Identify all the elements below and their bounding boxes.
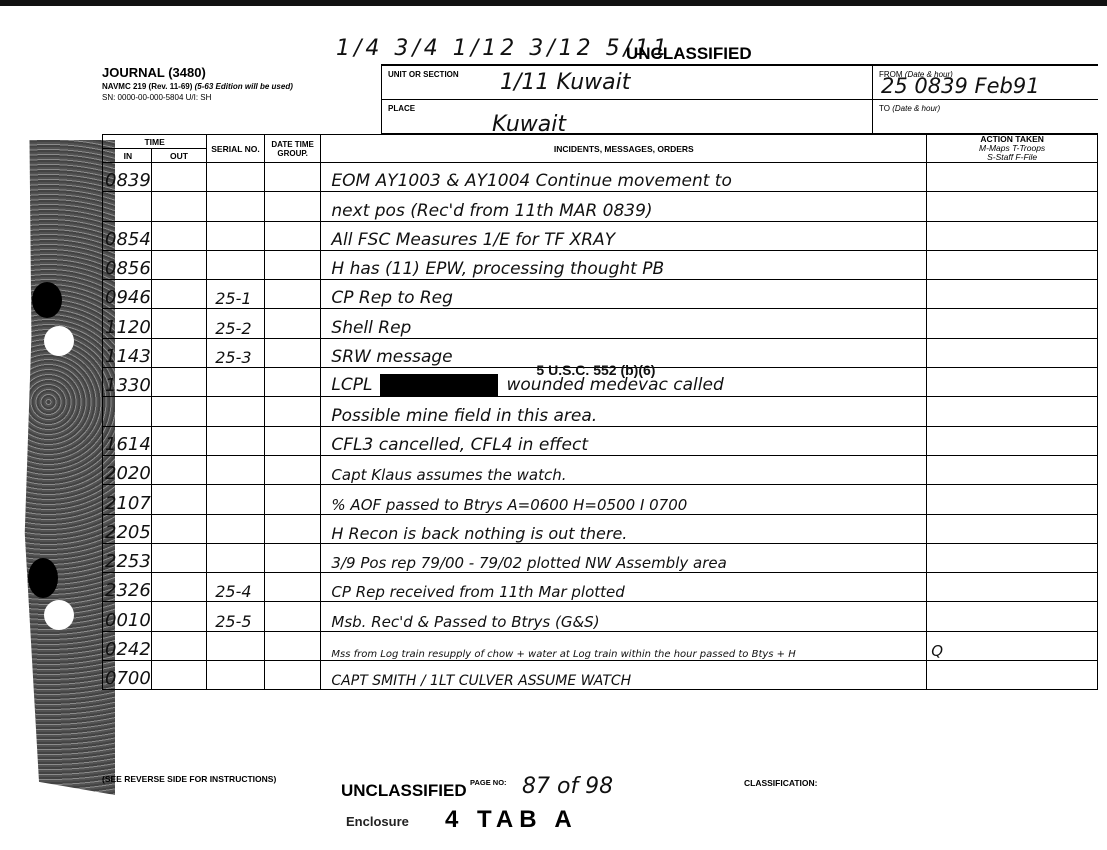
serial-no: 25-4 — [207, 573, 265, 602]
incident-text: CP Rep received from 11th Mar plotted — [321, 573, 927, 602]
action-taken — [927, 368, 1098, 397]
form-number-text: NAVMC 219 (Rev. 11-69) — [102, 82, 192, 91]
date-time-group — [264, 368, 321, 397]
journal-row: 0839 EOM AY1003 & AY1004 Continue moveme… — [103, 163, 1098, 192]
date-time-group — [264, 661, 321, 690]
time-in: 2020 — [103, 455, 152, 484]
time-in: 1143 — [103, 338, 152, 367]
form-title: JOURNAL (3480) — [102, 65, 293, 80]
handwritten-top-marks: 1/4 3/4 1/12 3/12 5/11 — [336, 36, 671, 61]
redaction-block — [380, 374, 498, 396]
to-label: TO (Date & hour) — [879, 104, 940, 113]
time-in-header: IN — [103, 149, 152, 163]
incident-text: H has (11) EPW, processing thought PB — [321, 250, 927, 279]
time-in: 0242 — [103, 631, 152, 660]
journal-row: 0856 H has (11) EPW, processing thought … — [103, 250, 1098, 279]
incident-text: 3/9 Pos rep 79/00 - 79/02 plotted NW Ass… — [321, 543, 927, 572]
serial-no: 25-1 — [207, 280, 265, 309]
unit-or-section-field: UNIT OR SECTION 1/11 Kuwait — [382, 66, 872, 100]
journal-row: 0854 All FSC Measures 1/E for TF XRAY — [103, 221, 1098, 250]
place-field: PLACE Kuwait — [382, 100, 872, 134]
punch-hole — [44, 600, 74, 630]
action-taken — [927, 573, 1098, 602]
action-taken — [927, 221, 1098, 250]
place-label: PLACE — [388, 104, 415, 113]
edition-note: (5-63 Edition will be used) — [195, 82, 293, 91]
date-time-group — [264, 221, 321, 250]
action-taken — [927, 280, 1098, 309]
form-header: JOURNAL (3480) NAVMC 219 (Rev. 11-69) (5… — [102, 65, 293, 102]
serial-no: 25-5 — [207, 602, 265, 631]
classification-label: CLASSIFICATION: — [744, 778, 818, 788]
time-out — [151, 280, 206, 309]
time-header: TIME — [103, 135, 207, 149]
incident-text: Shell Rep — [321, 309, 927, 338]
time-in: 1330 — [103, 368, 152, 397]
unit-or-section-label: UNIT OR SECTION — [388, 70, 459, 79]
enclosure-label: Enclosure — [346, 814, 409, 829]
time-in: 0856 — [103, 250, 152, 279]
action-taken: Q — [927, 631, 1098, 660]
journal-row: 0946 25-1 CP Rep to Reg — [103, 280, 1098, 309]
journal-row: 2205 H Recon is back nothing is out ther… — [103, 514, 1098, 543]
time-in: 0700 — [103, 661, 152, 690]
journal-row: 1330 LCPLwounded medevac called 5 U.S.C.… — [103, 368, 1098, 397]
incident-text: next pos (Rec'd from 11th MAR 0839) — [321, 192, 927, 221]
time-in: 0010 — [103, 602, 152, 631]
date-time-group — [264, 543, 321, 572]
date-time-group — [264, 397, 321, 426]
journal-row: 0010 25-5 Msb. Rec'd & Passed to Btrys (… — [103, 602, 1098, 631]
time-out — [151, 661, 206, 690]
time-in: 1614 — [103, 426, 152, 455]
punch-hole-shadow — [32, 282, 62, 318]
serial-no — [207, 514, 265, 543]
serial-no — [207, 455, 265, 484]
action-taken — [927, 397, 1098, 426]
unit-or-section-value: 1/11 Kuwait — [500, 70, 630, 95]
serial-header: SERIAL NO. — [207, 135, 265, 163]
time-out — [151, 250, 206, 279]
serial-no — [207, 661, 265, 690]
time-out — [151, 221, 206, 250]
action-taken — [927, 163, 1098, 192]
to-label-text: TO — [879, 104, 890, 113]
date-time-group — [264, 485, 321, 514]
stock-number: SN: 0000-00-000-5804 U/I: SH — [102, 93, 293, 102]
time-out — [151, 397, 206, 426]
action-taken — [927, 602, 1098, 631]
serial-no — [207, 368, 265, 397]
date-time-group — [264, 573, 321, 602]
incident-text: H Recon is back nothing is out there. — [321, 514, 927, 543]
serial-no — [207, 221, 265, 250]
date-time-group — [264, 631, 321, 660]
time-in: 1120 — [103, 309, 152, 338]
instructions-note: (SEE REVERSE SIDE FOR INSTRUCTIONS) — [102, 774, 276, 784]
incident-text: % AOF passed to Btrys A=0600 H=0500 I 07… — [321, 485, 927, 514]
date-time-group — [264, 309, 321, 338]
action-taken — [927, 338, 1098, 367]
to-field: TO (Date & hour) — [873, 100, 1098, 134]
journal-row: next pos (Rec'd from 11th MAR 0839) — [103, 192, 1098, 221]
time-in: 2326 — [103, 573, 152, 602]
time-out — [151, 602, 206, 631]
redaction-label: 5 U.S.C. 552 (b)(6) — [536, 362, 655, 378]
punch-hole — [44, 326, 74, 356]
incident-text: CP Rep to Reg — [321, 280, 927, 309]
journal-table: TIME SERIAL NO. DATE TIME GROUP. INCIDEN… — [102, 134, 1098, 690]
action-taken — [927, 309, 1098, 338]
incident-text: CAPT SMITH / 1LT CULVER ASSUME WATCH — [321, 661, 927, 690]
journal-row: 0242 Mss from Log train resupply of chow… — [103, 631, 1098, 660]
serial-no — [207, 485, 265, 514]
time-out — [151, 455, 206, 484]
dtg-header: DATE TIME GROUP. — [264, 135, 321, 163]
serial-no — [207, 192, 265, 221]
journal-row: 2253 3/9 Pos rep 79/00 - 79/02 plotted N… — [103, 543, 1098, 572]
journal-row: 2326 25-4 CP Rep received from 11th Mar … — [103, 573, 1098, 602]
time-out — [151, 163, 206, 192]
incidents-header: INCIDENTS, MESSAGES, ORDERS — [321, 135, 927, 163]
classification-top: UNCLASSIFIED — [626, 44, 752, 64]
page-no-label: PAGE NO: — [470, 778, 507, 787]
incident-text: Mss from Log train resupply of chow + wa… — [321, 631, 927, 660]
action-legend-2: S-Staff F-File — [927, 153, 1097, 162]
action-taken — [927, 485, 1098, 514]
incident-prefix: LCPL — [331, 375, 372, 395]
date-time-group — [264, 250, 321, 279]
action-taken — [927, 543, 1098, 572]
time-in: 0946 — [103, 280, 152, 309]
time-out — [151, 631, 206, 660]
serial-no: 25-2 — [207, 309, 265, 338]
date-time-group — [264, 192, 321, 221]
action-taken — [927, 455, 1098, 484]
time-out — [151, 543, 206, 572]
time-out — [151, 514, 206, 543]
time-in: 2253 — [103, 543, 152, 572]
incident-text: All FSC Measures 1/E for TF XRAY — [321, 221, 927, 250]
time-out — [151, 309, 206, 338]
incident-text: CFL3 cancelled, CFL4 in effect — [321, 426, 927, 455]
incident-text: EOM AY1003 & AY1004 Continue movement to — [321, 163, 927, 192]
time-out — [151, 485, 206, 514]
time-out — [151, 338, 206, 367]
time-out — [151, 368, 206, 397]
to-label-note: (Date & hour) — [892, 104, 940, 113]
action-taken — [927, 192, 1098, 221]
time-in: 0839 — [103, 163, 152, 192]
serial-no — [207, 163, 265, 192]
form-number: NAVMC 219 (Rev. 11-69) (5-63 Edition wil… — [102, 82, 293, 91]
from-value: 25 0839 Feb91 — [881, 74, 1040, 98]
binding-edge-stain — [20, 140, 115, 795]
serial-no: 25-3 — [207, 338, 265, 367]
incident-text: Possible mine field in this area. — [321, 397, 927, 426]
date-time-group — [264, 338, 321, 367]
action-taken — [927, 250, 1098, 279]
date-time-group — [264, 163, 321, 192]
time-in — [103, 192, 152, 221]
date-range-box: FROM (Date & hour) 25 0839 Feb91 TO (Dat… — [872, 64, 1098, 134]
punch-hole-shadow — [28, 558, 58, 598]
page-no-value: 87 of 98 — [522, 774, 613, 799]
time-in: 0854 — [103, 221, 152, 250]
journal-row: 2107 % AOF passed to Btrys A=0600 H=0500… — [103, 485, 1098, 514]
time-out — [151, 426, 206, 455]
journal-row: 1614 CFL3 cancelled, CFL4 in effect — [103, 426, 1098, 455]
action-taken — [927, 661, 1098, 690]
date-time-group — [264, 602, 321, 631]
serial-no — [207, 426, 265, 455]
incident-suffix: wounded medevac called — [506, 375, 723, 395]
journal-row: 0700 CAPT SMITH / 1LT CULVER ASSUME WATC… — [103, 661, 1098, 690]
incident-text: Capt Klaus assumes the watch. — [321, 455, 927, 484]
serial-no — [207, 250, 265, 279]
action-taken-header: ACTION TAKEN M-Maps T-Troops S-Staff F-F… — [927, 135, 1098, 163]
classification-bottom: UNCLASSIFIED — [341, 781, 467, 801]
date-time-group — [264, 514, 321, 543]
date-time-group — [264, 280, 321, 309]
date-time-group — [264, 455, 321, 484]
unit-place-box: UNIT OR SECTION 1/11 Kuwait PLACE Kuwait — [381, 64, 872, 134]
scan-top-edge — [0, 0, 1107, 6]
serial-no — [207, 397, 265, 426]
time-in: 2205 — [103, 514, 152, 543]
date-time-group — [264, 426, 321, 455]
action-taken — [927, 514, 1098, 543]
enclosure-tab-value: 4 TAB A — [445, 806, 578, 834]
journal-row: 2020 Capt Klaus assumes the watch. — [103, 455, 1098, 484]
time-in — [103, 397, 152, 426]
time-out — [151, 192, 206, 221]
serial-no — [207, 631, 265, 660]
time-out — [151, 573, 206, 602]
incident-text: Msb. Rec'd & Passed to Btrys (G&S) — [321, 602, 927, 631]
time-in: 2107 — [103, 485, 152, 514]
from-field: FROM (Date & hour) 25 0839 Feb91 — [873, 66, 1098, 100]
action-taken — [927, 426, 1098, 455]
serial-no — [207, 543, 265, 572]
journal-row: 1120 25-2 Shell Rep — [103, 309, 1098, 338]
incident-text-redacted: LCPLwounded medevac called 5 U.S.C. 552 … — [321, 368, 927, 397]
time-out-header: OUT — [151, 149, 206, 163]
journal-row: Possible mine field in this area. — [103, 397, 1098, 426]
